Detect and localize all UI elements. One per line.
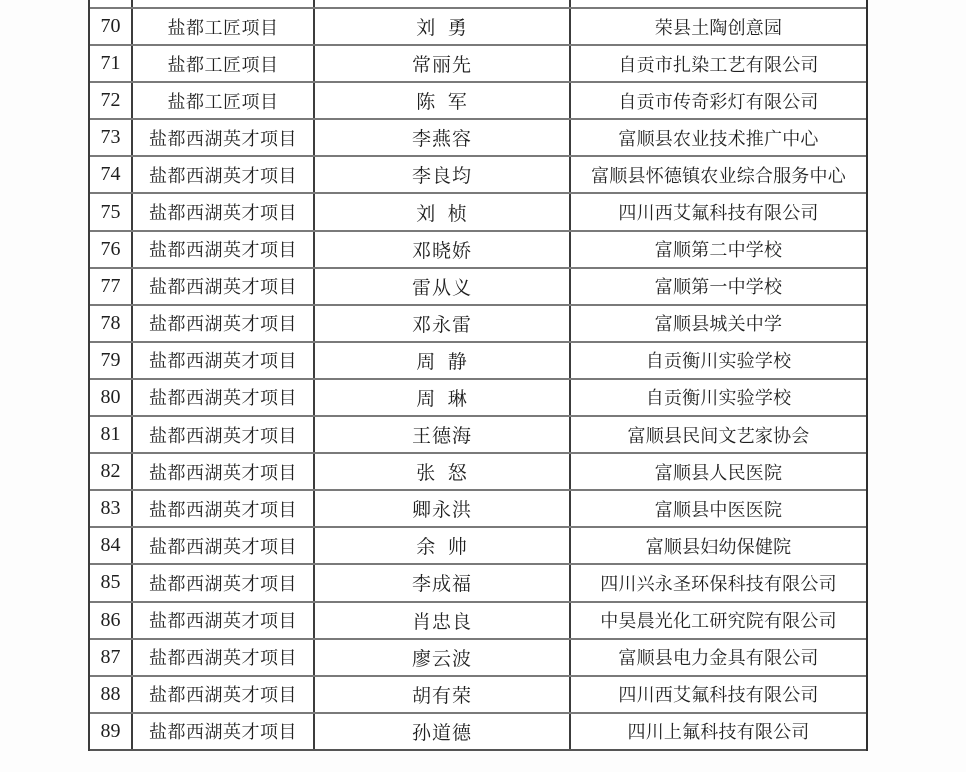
row-number-cell: 83 xyxy=(90,491,133,526)
person-name-cell: 孙道德 xyxy=(315,714,571,749)
table-partial-row-top xyxy=(90,0,866,9)
organization-cell: 四川西艾氟科技有限公司 xyxy=(571,194,866,229)
partial-organization-cell xyxy=(571,0,866,7)
organization-cell: 自贡市扎染工艺有限公司 xyxy=(571,46,866,81)
person-name-cell: 胡有荣 xyxy=(315,677,571,712)
table-row: 73 盐都西湖英才项目 李燕容 富顺县农业技术推广中心 xyxy=(90,120,866,157)
table-body: 70 盐都工匠项目 刘 勇 荣县土陶创意园 71 盐都工匠项目 常丽先 自贡市扎… xyxy=(90,9,866,751)
table-row: 81 盐都西湖英才项目 王德海 富顺县民间文艺家协会 xyxy=(90,417,866,454)
person-name-cell: 李良均 xyxy=(315,157,571,192)
project-cell: 盐都西湖英才项目 xyxy=(133,565,315,600)
person-name-cell: 张 怒 xyxy=(315,454,571,489)
project-cell: 盐都工匠项目 xyxy=(133,9,315,44)
table-row: 74 盐都西湖英才项目 李良均 富顺县怀德镇农业综合服务中心 xyxy=(90,157,866,194)
table-row: 88 盐都西湖英才项目 胡有荣 四川西艾氟科技有限公司 xyxy=(90,677,866,714)
project-cell: 盐都西湖英才项目 xyxy=(133,120,315,155)
row-number-cell: 72 xyxy=(90,83,133,118)
organization-cell: 富顺县农业技术推广中心 xyxy=(571,120,866,155)
organization-cell: 富顺县人民医院 xyxy=(571,454,866,489)
organization-cell: 富顺县中医医院 xyxy=(571,491,866,526)
row-number-cell: 74 xyxy=(90,157,133,192)
project-cell: 盐都西湖英才项目 xyxy=(133,306,315,341)
row-number-cell: 78 xyxy=(90,306,133,341)
table-row: 79 盐都西湖英才项目 周 静 自贡衡川实验学校 xyxy=(90,343,866,380)
row-number-cell: 84 xyxy=(90,528,133,563)
person-name-cell: 廖云波 xyxy=(315,640,571,675)
table-row: 84 盐都西湖英才项目 余 帅 富顺县妇幼保健院 xyxy=(90,528,866,565)
organization-cell: 四川兴永圣环保科技有限公司 xyxy=(571,565,866,600)
project-cell: 盐都西湖英才项目 xyxy=(133,232,315,267)
project-cell: 盐都工匠项目 xyxy=(133,46,315,81)
talent-project-table: 70 盐都工匠项目 刘 勇 荣县土陶创意园 71 盐都工匠项目 常丽先 自贡市扎… xyxy=(88,0,868,751)
table-row: 86 盐都西湖英才项目 肖忠良 中昊晨光化工研究院有限公司 xyxy=(90,603,866,640)
person-name-cell: 王德海 xyxy=(315,417,571,452)
table-row: 80 盐都西湖英才项目 周 琳 自贡衡川实验学校 xyxy=(90,380,866,417)
row-number-cell: 70 xyxy=(90,9,133,44)
table-row: 83 盐都西湖英才项目 卿永洪 富顺县中医医院 xyxy=(90,491,866,528)
organization-cell: 富顺县民间文艺家协会 xyxy=(571,417,866,452)
person-name-cell: 余 帅 xyxy=(315,528,571,563)
project-cell: 盐都西湖英才项目 xyxy=(133,640,315,675)
row-number-cell: 79 xyxy=(90,343,133,378)
organization-cell: 自贡市传奇彩灯有限公司 xyxy=(571,83,866,118)
row-number-cell: 73 xyxy=(90,120,133,155)
organization-cell: 富顺县妇幼保健院 xyxy=(571,528,866,563)
table-row: 87 盐都西湖英才项目 廖云波 富顺县电力金具有限公司 xyxy=(90,640,866,677)
person-name-cell: 周 静 xyxy=(315,343,571,378)
person-name-cell: 周 琳 xyxy=(315,380,571,415)
person-name-cell: 肖忠良 xyxy=(315,603,571,638)
partial-project-cell xyxy=(133,0,315,7)
table-row: 77 盐都西湖英才项目 雷从义 富顺第一中学校 xyxy=(90,269,866,306)
project-cell: 盐都工匠项目 xyxy=(133,83,315,118)
person-name-cell: 常丽先 xyxy=(315,46,571,81)
row-number-cell: 76 xyxy=(90,232,133,267)
organization-cell: 荣县土陶创意园 xyxy=(571,9,866,44)
project-cell: 盐都西湖英才项目 xyxy=(133,454,315,489)
project-cell: 盐都西湖英才项目 xyxy=(133,343,315,378)
person-name-cell: 李成福 xyxy=(315,565,571,600)
person-name-cell: 雷从义 xyxy=(315,269,571,304)
organization-cell: 四川上氟科技有限公司 xyxy=(571,714,866,749)
table-row: 70 盐都工匠项目 刘 勇 荣县土陶创意园 xyxy=(90,9,866,46)
organization-cell: 富顺第二中学校 xyxy=(571,232,866,267)
table-row: 71 盐都工匠项目 常丽先 自贡市扎染工艺有限公司 xyxy=(90,46,866,83)
project-cell: 盐都西湖英才项目 xyxy=(133,528,315,563)
person-name-cell: 刘 桢 xyxy=(315,194,571,229)
project-cell: 盐都西湖英才项目 xyxy=(133,380,315,415)
row-number-cell: 87 xyxy=(90,640,133,675)
table-row: 82 盐都西湖英才项目 张 怒 富顺县人民医院 xyxy=(90,454,866,491)
project-cell: 盐都西湖英才项目 xyxy=(133,491,315,526)
partial-number-cell xyxy=(90,0,133,7)
organization-cell: 富顺第一中学校 xyxy=(571,269,866,304)
project-cell: 盐都西湖英才项目 xyxy=(133,157,315,192)
row-number-cell: 75 xyxy=(90,194,133,229)
table-row: 72 盐都工匠项目 陈 军 自贡市传奇彩灯有限公司 xyxy=(90,83,866,120)
organization-cell: 富顺县怀德镇农业综合服务中心 xyxy=(571,157,866,192)
project-cell: 盐都西湖英才项目 xyxy=(133,603,315,638)
table-row: 89 盐都西湖英才项目 孙道德 四川上氟科技有限公司 xyxy=(90,714,866,751)
row-number-cell: 80 xyxy=(90,380,133,415)
person-name-cell: 李燕容 xyxy=(315,120,571,155)
organization-cell: 中昊晨光化工研究院有限公司 xyxy=(571,603,866,638)
person-name-cell: 陈 军 xyxy=(315,83,571,118)
organization-cell: 自贡衡川实验学校 xyxy=(571,343,866,378)
row-number-cell: 89 xyxy=(90,714,133,749)
project-cell: 盐都西湖英才项目 xyxy=(133,417,315,452)
project-cell: 盐都西湖英才项目 xyxy=(133,194,315,229)
row-number-cell: 71 xyxy=(90,46,133,81)
row-number-cell: 86 xyxy=(90,603,133,638)
table-row: 78 盐都西湖英才项目 邓永雷 富顺县城关中学 xyxy=(90,306,866,343)
row-number-cell: 81 xyxy=(90,417,133,452)
partial-person-name-cell xyxy=(315,0,571,7)
organization-cell: 富顺县电力金具有限公司 xyxy=(571,640,866,675)
person-name-cell: 邓永雷 xyxy=(315,306,571,341)
organization-cell: 四川西艾氟科技有限公司 xyxy=(571,677,866,712)
organization-cell: 自贡衡川实验学校 xyxy=(571,380,866,415)
project-cell: 盐都西湖英才项目 xyxy=(133,714,315,749)
row-number-cell: 85 xyxy=(90,565,133,600)
table-row: 75 盐都西湖英才项目 刘 桢 四川西艾氟科技有限公司 xyxy=(90,194,866,231)
project-cell: 盐都西湖英才项目 xyxy=(133,677,315,712)
project-cell: 盐都西湖英才项目 xyxy=(133,269,315,304)
table-row: 76 盐都西湖英才项目 邓晓娇 富顺第二中学校 xyxy=(90,232,866,269)
row-number-cell: 82 xyxy=(90,454,133,489)
document-page: 70 盐都工匠项目 刘 勇 荣县土陶创意园 71 盐都工匠项目 常丽先 自贡市扎… xyxy=(0,0,966,772)
table-row: 85 盐都西湖英才项目 李成福 四川兴永圣环保科技有限公司 xyxy=(90,565,866,602)
person-name-cell: 邓晓娇 xyxy=(315,232,571,267)
person-name-cell: 卿永洪 xyxy=(315,491,571,526)
person-name-cell: 刘 勇 xyxy=(315,9,571,44)
organization-cell: 富顺县城关中学 xyxy=(571,306,866,341)
row-number-cell: 88 xyxy=(90,677,133,712)
row-number-cell: 77 xyxy=(90,269,133,304)
